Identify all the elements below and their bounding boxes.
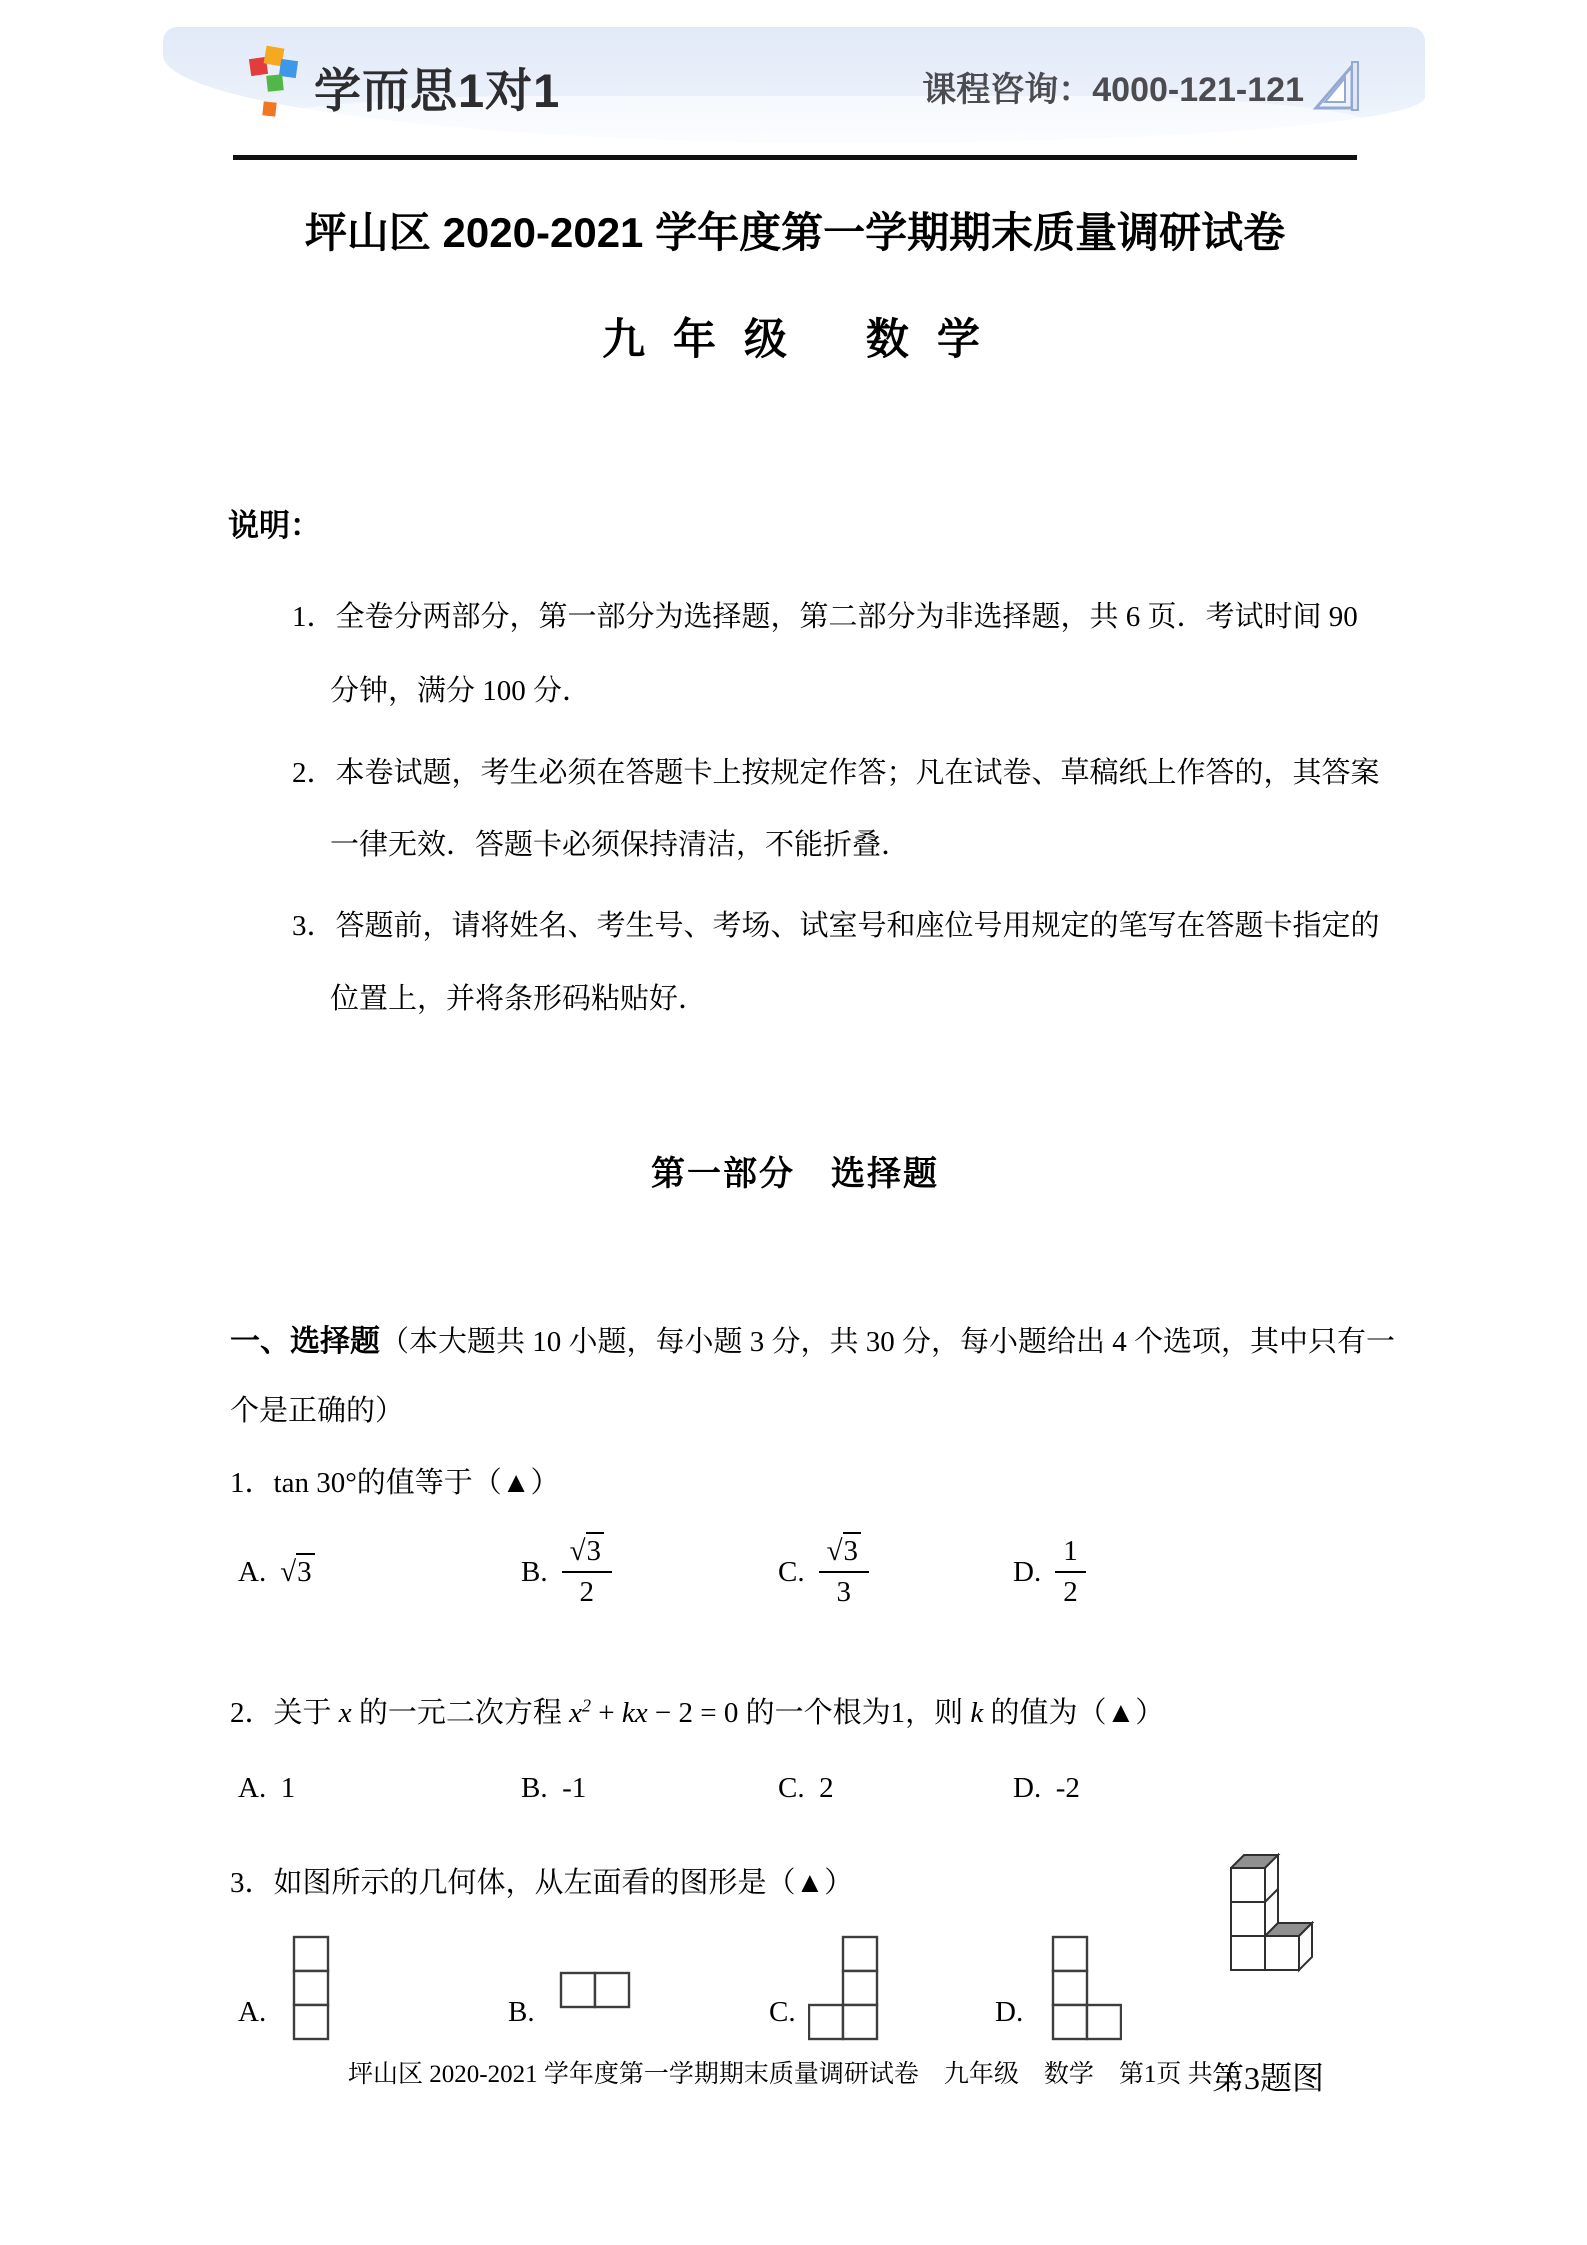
question-mark-tiles-icon (250, 46, 300, 128)
q3-cube-stack-figure (1230, 1851, 1318, 1975)
q2-stem: 2．关于 x 的一元二次方程 x2 + kx − 2 = 0 的一个根为1，则 … (230, 1690, 1164, 1731)
note-3-number: 3． (292, 910, 336, 942)
page-footer: 坪山区 2020-2021 学年度第一学期期末质量调研试卷 九年级 数学 第1页… (348, 2054, 1238, 2090)
q1-option-d-label: D. (1013, 1556, 1041, 1589)
q3-number: 3． (230, 1867, 274, 1899)
q2-option-c: C. 2 (778, 1772, 834, 1805)
q1-option-a-label: A. (238, 1556, 266, 1589)
q2-number: 2． (230, 1697, 274, 1729)
note-3-line-1: 3．答题前，请将姓名、考生号、考场、试室号和座位号用规定的笔写在答题卡指定的 (292, 903, 1380, 944)
note-2-line-1: 2．本卷试题，考生必须在答题卡上按规定作答；凡在试卷、草稿纸上作答的，其答案 (292, 750, 1380, 791)
note-1-number: 1． (292, 601, 336, 633)
q3-option-a-figure (292, 1935, 330, 2043)
note-1-line-2: 分钟，满分 100 分． (330, 668, 591, 709)
notes-heading: 说明： (228, 500, 321, 545)
q2-option-d: D. -2 (1013, 1772, 1080, 1805)
consult-phone: 课程咨询：4000-121-121 (900, 60, 1360, 112)
note-1-line-1: 1．全卷分两部分，第一部分为选择题，第二部分为非选择题，共 6 页．考试时间 9… (292, 594, 1358, 635)
q2-option-b: B. -1 (521, 1772, 586, 1805)
page-title: 坪山区 2020-2021 学年度第一学期期末质量调研试卷 (230, 200, 1360, 260)
q1-stem: 1．tan 30°的值等于（▲） (230, 1460, 560, 1501)
note-2-line-2: 一律无效．答题卡必须保持清洁，不能折叠． (330, 822, 910, 863)
q1-option-b-label: B. (521, 1556, 548, 1589)
q3-option-b-figure (559, 1971, 631, 2010)
header-divider-rule (233, 155, 1357, 160)
q1-option-a-value: √3 (280, 1556, 314, 1589)
note-2-number: 2． (292, 757, 336, 789)
q2-option-a: A. 1 (238, 1772, 295, 1805)
mcq-intro-bold: 一、选择题 (230, 1325, 380, 1358)
q1-option-b: B. √3 2 (521, 1516, 612, 1628)
q1-option-c: C. √3 3 (778, 1516, 869, 1628)
q3-option-c-label: C. (769, 1996, 796, 2029)
consult-phone-text: 课程咨询：4000-121-121 (922, 62, 1304, 111)
q3-option-b-label: B. (508, 1996, 535, 2029)
page-subtitle: 九 年 级 数 学 (230, 306, 1360, 367)
exam-page: 学而思1对1 课程咨询：4000-121-121 坪山区 2020-2021 学… (0, 0, 1587, 2245)
q3-option-d-figure (1051, 1935, 1122, 2042)
note-3-line-2: 位置上，并将条形码粘贴好． (330, 976, 707, 1017)
brand-logo: 学而思1对1 (250, 46, 560, 128)
q1-option-d: D. 1 2 (1013, 1516, 1086, 1628)
q1-option-a: A. √3 (238, 1516, 315, 1628)
set-square-ruler-icon (1312, 60, 1360, 112)
q3-stem: 3．如图所示的几何体，从左面看的图形是（▲） (230, 1860, 853, 1901)
q2-equation: x2 + kx − 2 = 0 (569, 1697, 738, 1729)
mcq-intro-line-2: 个是正确的） (230, 1388, 404, 1429)
q1-option-c-label: C. (778, 1556, 805, 1589)
part1-heading: 第一部分 选择题 (230, 1146, 1360, 1195)
q3-option-c-figure (808, 1935, 879, 2042)
q1-number: 1． (230, 1467, 274, 1499)
mcq-intro-line-1: 一、选择题（本大题共 10 小题，每小题 3 分，共 30 分，每小题给出 4 … (230, 1316, 1395, 1360)
q1-option-d-fraction: 1 2 (1055, 1535, 1086, 1610)
q3-option-a-label: A. (238, 1996, 266, 2029)
q1-option-b-fraction: √3 2 (562, 1535, 612, 1610)
q1-option-c-fraction: √3 3 (819, 1535, 869, 1610)
q3-option-d-label: D. (995, 1996, 1023, 2029)
brand-logo-text: 学而思1对1 (314, 54, 560, 121)
q3-figure-caption: 第3题图 (1212, 2053, 1324, 2099)
